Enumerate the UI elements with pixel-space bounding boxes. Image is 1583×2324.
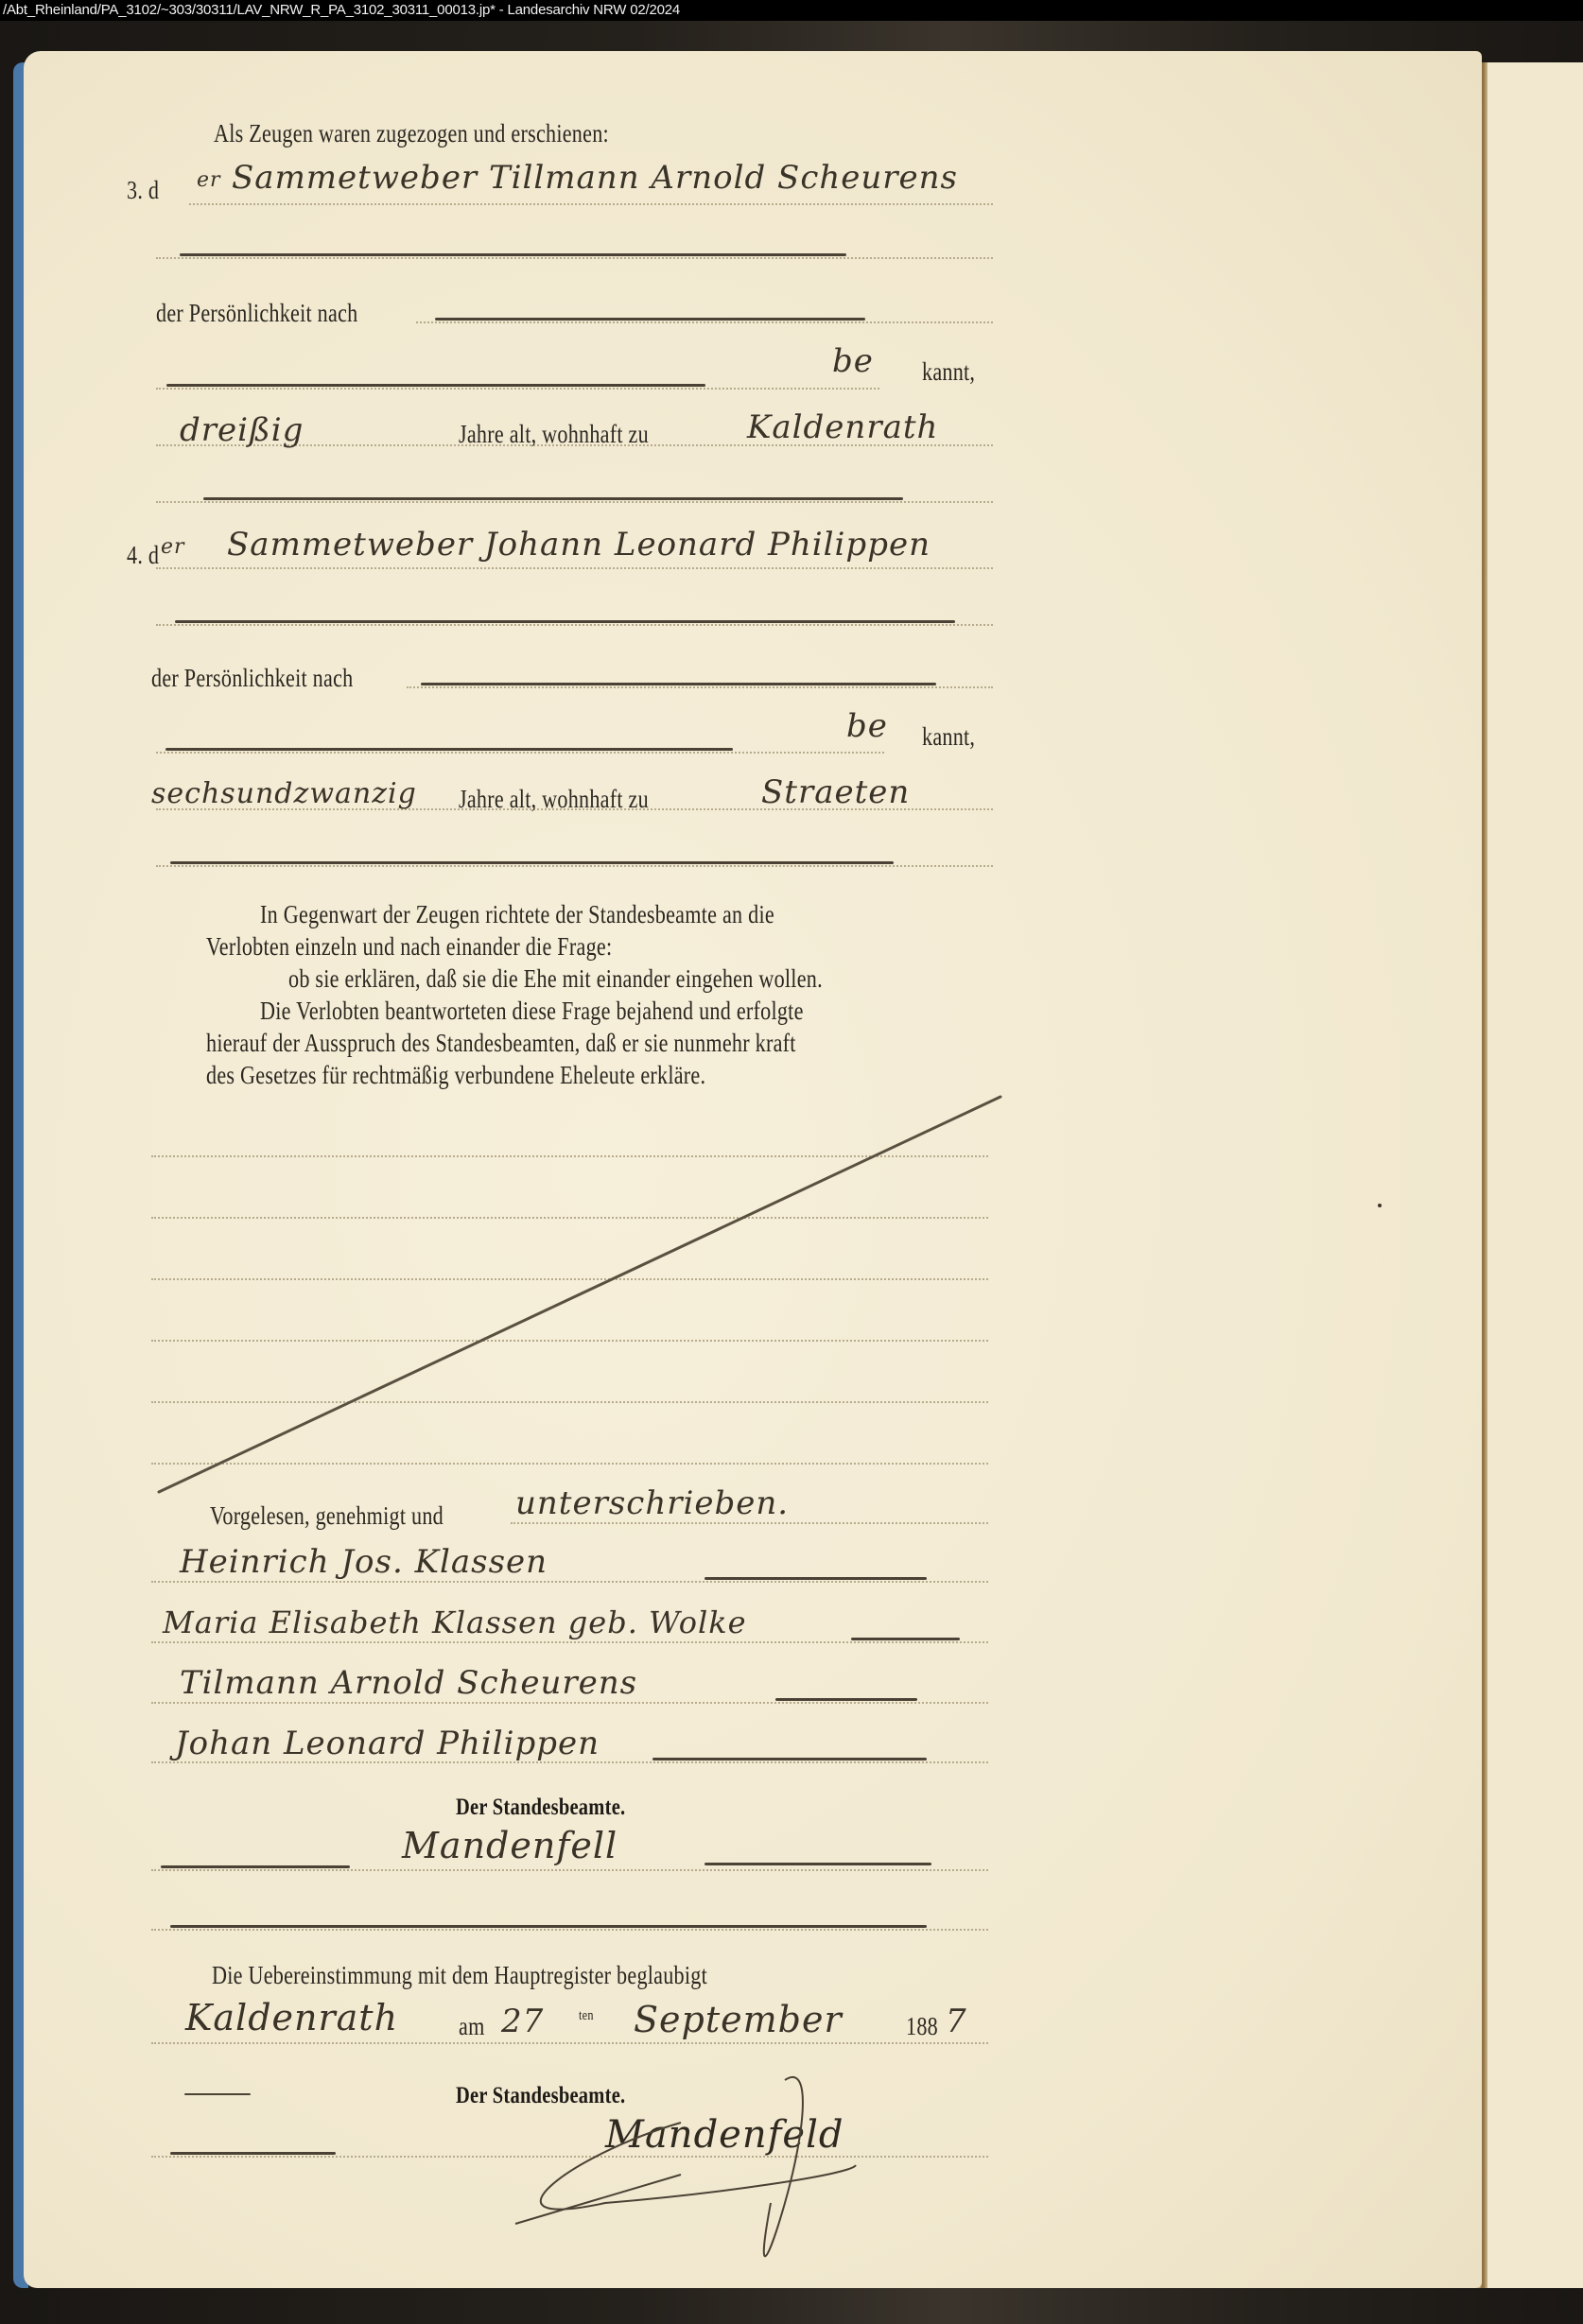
signature-flourish xyxy=(0,0,1583,2324)
ink-speck xyxy=(1378,1204,1382,1207)
